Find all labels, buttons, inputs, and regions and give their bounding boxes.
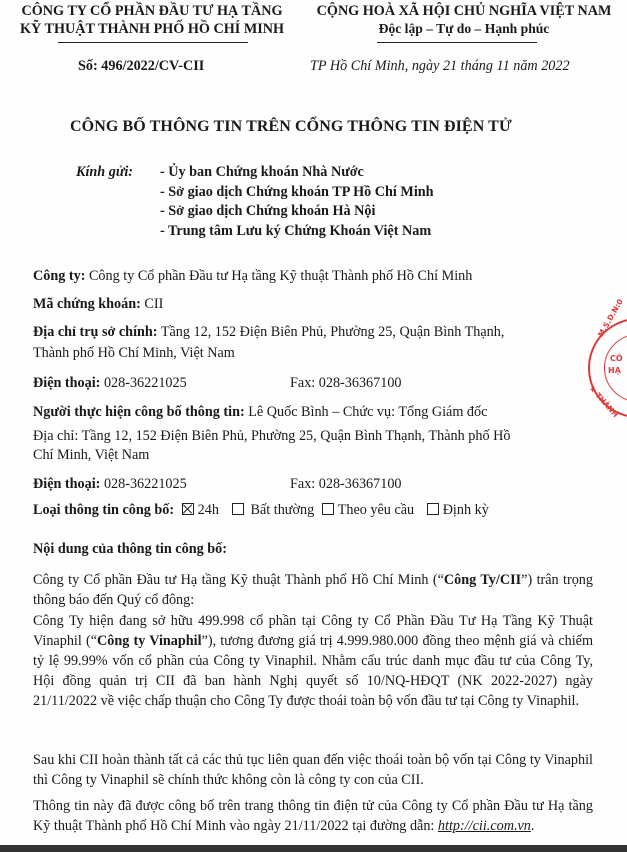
ticker-value: CII [144,296,163,312]
header-right-rule [377,42,537,43]
place-and-date: TP Hồ Chí Minh, ngày 21 tháng 11 năm 202… [310,58,570,75]
checkbox-periodic[interactable] [427,503,439,515]
option-label-irregular: Bất thường [251,502,315,518]
phone-label: Điện thoại: [33,476,100,492]
recipient-item: - Ủy ban Chứng khoán Nhà Nước [160,163,434,183]
website-link[interactable]: http://cii.com.vn [438,818,531,834]
content-paragraph-1: Công ty Cổ phần Đầu tư Hạ tầng Kỹ thuật … [33,570,593,610]
p1-text: Công ty Cổ phần Đầu tư Hạ tầng Kỹ thuật … [33,572,444,588]
stamp-outer-text: M.S.D.N:0 [596,298,625,339]
hq-address-line2: Thành phố Hồ Chí Minh, Việt Nam [33,345,235,362]
discloser-address-line1: Địa chỉ: Tầng 12, 152 Điện Biên Phủ, Phư… [33,428,510,445]
national-motto: Độc lập – Tự do – Hạnh phúc [304,21,624,37]
discloser-address-line2: Chí Minh, Việt Nam [33,447,149,464]
info-type-label: Loại thông tin công bố: [33,502,174,518]
stamp-inner-line2: HẠ [608,366,621,375]
company-phone-row: Điện thoại: 028-36221025 [33,375,187,392]
discloser-row: Người thực hiện công bố thông tin: Lê Qu… [33,404,487,421]
discloser-label: Người thực hiện công bố thông tin: [33,404,245,420]
checkbox-on-request[interactable] [322,503,334,515]
document-number: Số: 496/2022/CV-CII [78,58,204,75]
company-name-line1: CÔNG TY CỔ PHẦN ĐẦU TƯ HẠ TẦNG [2,2,302,20]
hq-address-value: Tầng 12, 152 Điện Biên Phủ, Phường 25, Q… [161,324,505,340]
company-row: Công ty: Công ty Cổ phần Đầu tư Hạ tầng … [33,268,472,285]
p1-bold-term: Công Ty/CII [444,572,521,588]
p4-suffix: . [531,818,535,834]
recipients-list: - Ủy ban Chứng khoán Nhà Nước - Sở giao … [160,163,434,241]
hq-address-label: Địa chỉ trụ sở chính: [33,324,158,340]
checkbox-24h[interactable] [182,503,194,515]
info-type-row: Loại thông tin công bố: 24h Bất thường T… [33,502,489,519]
option-label-24h: 24h [198,502,219,518]
recipients-label: Kính gửi: [76,164,133,181]
header-left-rule [58,42,248,43]
document-page: CÔNG TY CỔ PHẦN ĐẦU TƯ HẠ TẦNG KỸ THUẬT … [0,0,627,845]
viewer-bottom-bar [0,845,627,852]
ticker-row: Mã chứng khoán: CII [33,296,163,313]
recipient-item: - Trung tâm Lưu ký Chứng Khoán Việt Nam [160,222,434,242]
phone-value: 028-36221025 [104,476,187,492]
discloser-phone-row: Điện thoại: 028-36221025 [33,476,187,493]
republic-title: CỘNG HOÀ XÃ HỘI CHỦ NGHĨA VIỆT NAM [304,2,624,20]
recipient-item: - Sở giao dịch Chứng khoán Hà Nội [160,202,434,222]
recipient-item: - Sở giao dịch Chứng khoán TP Hồ Chí Min… [160,183,434,203]
p2-bold-term: Công ty Vinaphil [97,633,202,649]
company-fax: Fax: 028-36367100 [290,375,402,392]
document-title: CÔNG BỐ THÔNG TIN TRÊN CỔNG THÔNG TIN ĐI… [70,118,512,136]
company-label: Công ty: [33,268,85,284]
checkbox-irregular[interactable] [232,503,244,515]
discloser-fax: Fax: 028-36367100 [290,476,402,493]
content-heading: Nội dung của thông tin công bố: [33,541,227,558]
option-label-periodic: Định kỳ [443,502,489,518]
phone-value: 028-36221025 [104,375,187,391]
phone-label: Điện thoại: [33,375,100,391]
ticker-label: Mã chứng khoán: [33,296,141,312]
discloser-value: Lê Quốc Bình – Chức vụ: Tổng Giám đốc [248,404,487,420]
option-label-on-request: Theo yêu cầu [338,502,414,518]
company-value: Công ty Cổ phần Đầu tư Hạ tầng Kỹ thuật … [89,268,472,284]
content-paragraph-4: Thông tin này đã được công bố trên trang… [33,796,593,836]
hq-address-row: Địa chỉ trụ sở chính: Tầng 12, 152 Điện … [33,324,504,341]
content-paragraph-2: Công Ty hiện đang sở hữu 499.998 cổ phần… [33,611,593,711]
company-name-line2: KỸ THUẬT THÀNH PHỐ HỒ CHÍ MINH [2,20,302,38]
stamp-inner-line1: CÔ [610,354,623,363]
company-seal-stamp: M.S.D.N:0 CÔ HẠ ★ THÀNH [588,318,627,418]
content-paragraph-3: Sau khi CII hoàn thành tất cả các thủ tụ… [33,750,593,790]
